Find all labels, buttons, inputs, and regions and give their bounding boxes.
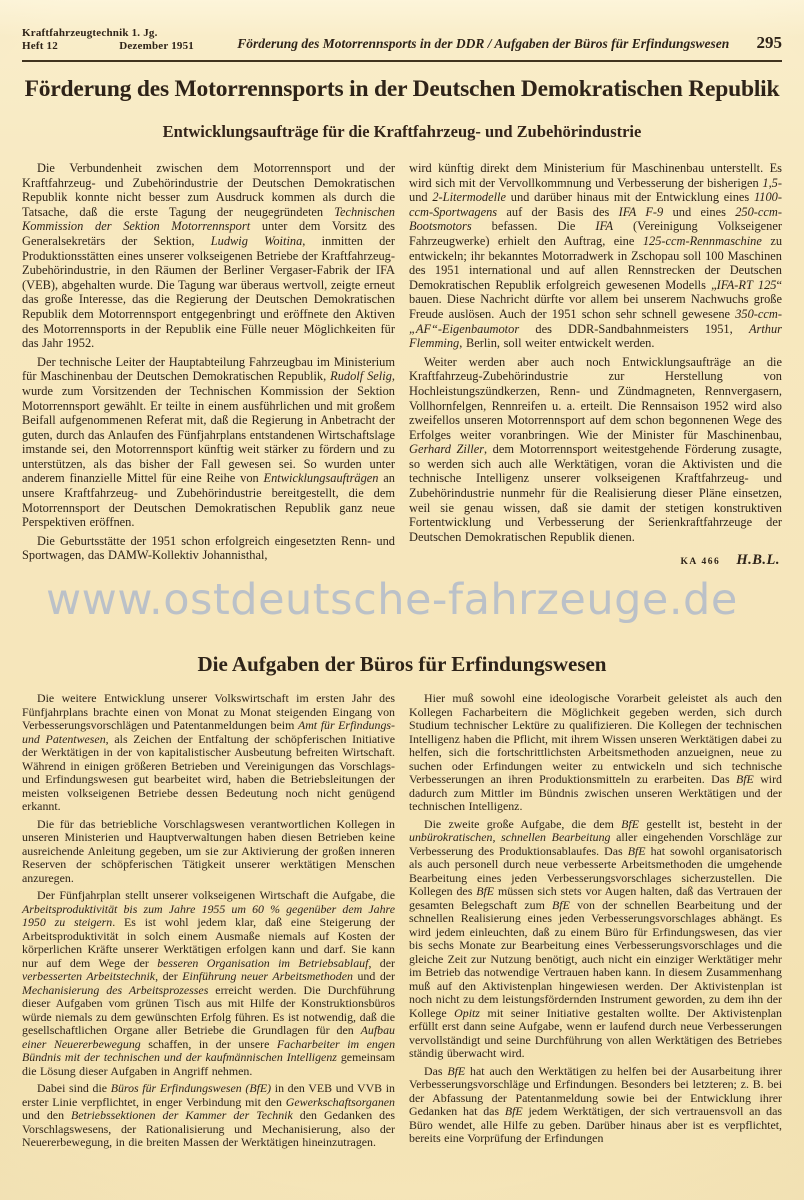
signature-code: KA 466: [680, 555, 720, 570]
author-initials: H.B.L.: [736, 553, 780, 568]
paragraph: Dabei sind die Büros für Erfindungswesen…: [22, 1082, 395, 1150]
paragraph: Das BfE hat auch den Werktätigen zu helf…: [409, 1065, 782, 1146]
watermark-text: www.ostdeutsche-fahrzeuge.de: [46, 577, 762, 623]
scanned-magazine-page: Kraftfahrzeugtechnik 1. Jg. Heft 12 Deze…: [0, 0, 804, 1200]
journal-masthead: Kraftfahrzeugtechnik 1. Jg. Heft 12 Deze…: [22, 27, 210, 53]
paragraph: Die zweite große Aufgabe, die dem BfE ge…: [409, 818, 782, 1061]
article-1-subtitle: Entwicklungsaufträge für die Kraftfahrze…: [0, 122, 804, 142]
article-2-column-left: Die weitere Entwicklung unserer Volkswir…: [22, 692, 395, 1150]
article-1-column-right-text: wird künftig direkt dem Ministerium für …: [409, 161, 782, 544]
running-title: Förderung des Motorrennsports in der DDR…: [210, 36, 757, 53]
article-1-column-left: Die Verbundenheit zwischen dem Motorrenn…: [22, 161, 395, 570]
paragraph: Hier muß sowohl eine ideologische Vorarb…: [409, 692, 782, 814]
paragraph: Der Fünfjahrplan stellt unserer volkseig…: [22, 889, 395, 1078]
article-2-title: Die Aufgaben der Büros für Erfindungswes…: [0, 652, 804, 677]
paragraph: Der technische Leiter der Hauptabteilung…: [22, 355, 395, 530]
article-1-columns: Die Verbundenheit zwischen dem Motorrenn…: [22, 161, 782, 570]
paragraph: Die weitere Entwicklung unserer Volkswir…: [22, 692, 395, 814]
issue-date: Dezember 1951: [119, 40, 194, 53]
article-1-column-right: wird künftig direkt dem Ministerium für …: [409, 161, 782, 570]
page-header: Kraftfahrzeugtechnik 1. Jg. Heft 12 Deze…: [22, 27, 782, 62]
paragraph: Weiter werden aber auch noch Entwicklung…: [409, 355, 782, 545]
article-1-title: Förderung des Motorrennsports in der Deu…: [0, 76, 804, 103]
journal-name: Kraftfahrzeugtechnik 1. Jg.: [22, 27, 210, 40]
paragraph: Die Verbundenheit zwischen dem Motorrenn…: [22, 161, 395, 351]
article-1-signature: KA 466 H.B.L.: [409, 553, 782, 570]
article-2-columns: Die weitere Entwicklung unserer Volkswir…: [22, 692, 782, 1150]
issue-number: Heft 12: [22, 40, 58, 53]
paragraph: Die für das betriebliche Vorschlagswesen…: [22, 818, 395, 886]
journal-issue-line: Heft 12 Dezember 1951: [22, 40, 194, 53]
page-number: 295: [757, 33, 783, 53]
paragraph: Die Geburtsstätte der 1951 schon erfolgr…: [22, 534, 395, 563]
article-2-column-right: Hier muß sowohl eine ideologische Vorarb…: [409, 692, 782, 1150]
paragraph: wird künftig direkt dem Ministerium für …: [409, 161, 782, 351]
